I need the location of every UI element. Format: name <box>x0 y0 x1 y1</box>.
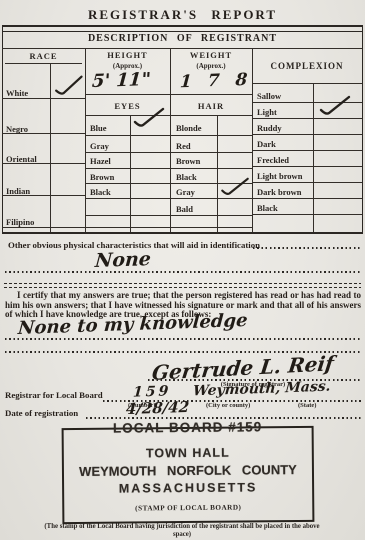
gridline <box>252 134 362 135</box>
gridline <box>85 198 252 199</box>
gridline <box>85 168 252 169</box>
gridline <box>85 135 252 136</box>
eyes-option-hazel: Hazel <box>90 156 111 166</box>
hair-header: HAIR <box>170 101 252 111</box>
gridline <box>2 227 252 228</box>
gridline <box>252 214 362 215</box>
hair-gray-checkmark-icon <box>220 177 250 197</box>
gridline <box>170 48 171 232</box>
gridline <box>85 48 86 232</box>
eyes-option-black: Black <box>90 187 111 197</box>
dashed-divider <box>4 283 361 284</box>
page-title: REGISTRAR'S REPORT <box>0 7 365 23</box>
weight-header-label: WEIGHT <box>190 50 232 60</box>
registrar-report-page: REGISTRAR'S REPORT DESCRIPTION OF REGIST… <box>0 0 365 540</box>
complexion-option-light-brown: Light brown <box>257 171 302 181</box>
registrar-board-label: Registrar for Local Board <box>5 390 103 400</box>
dotted-leader <box>253 247 361 249</box>
dotted-line <box>5 338 361 340</box>
race-option-oriental: Oriental <box>6 154 37 164</box>
complexion-option-dark: Dark <box>257 139 276 149</box>
hair-option-gray: Gray <box>176 187 195 197</box>
race-option-white: White <box>6 88 28 98</box>
dotted-line <box>5 271 361 273</box>
hair-option-black: Black <box>176 172 197 182</box>
eyes-blue-checkmark-icon <box>133 107 165 129</box>
height-value: 5' 11" <box>91 69 151 92</box>
height-header: HEIGHT (Approx.) <box>85 50 170 70</box>
gridline <box>5 63 82 64</box>
gridline <box>85 115 252 116</box>
state-caption: (State) <box>298 402 316 409</box>
complexion-option-black: Black <box>257 203 278 213</box>
race-option-filipino: Filipino <box>6 217 34 227</box>
local-board-stamp: LOCAL BOARD #159 TOWN HALL WEYMOUTH NORF… <box>62 426 315 524</box>
complexion-option-ruddy: Ruddy <box>257 123 282 133</box>
section-header: DESCRIPTION OF REGISTRANT <box>0 33 365 44</box>
hair-option-brown: Brown <box>176 156 200 166</box>
eyes-option-blue: Blue <box>90 123 107 133</box>
complexion-option-sallow: Sallow <box>257 91 281 101</box>
race-header: RACE <box>2 51 85 61</box>
hair-option-blonde: Blonde <box>176 123 202 133</box>
gridline <box>2 48 362 49</box>
eyes-option-brown: Brown <box>90 172 114 182</box>
race-option-negro: Negro <box>6 124 28 134</box>
hair-option-red: Red <box>176 141 191 151</box>
date-of-registration-label: Date of registration <box>5 408 78 418</box>
stamp-caption: (STAMP OF LOCAL BOARD) <box>64 503 312 513</box>
stamp-footnote: (The stamp of the Local Board having jur… <box>42 523 322 539</box>
gridline <box>313 83 314 232</box>
gridline <box>252 83 362 84</box>
city-caption: (City or county) <box>206 402 250 409</box>
gridline <box>85 215 252 216</box>
complexion-header: COMPLEXION <box>252 61 362 71</box>
weight-value: 1 7 8 <box>179 70 253 93</box>
weight-header: WEIGHT (Approx.) <box>170 50 252 70</box>
stamp-state-line: MASSACHUSETTS <box>64 480 312 496</box>
stamp-hall-line: TOWN HALL <box>64 445 312 461</box>
gridline <box>85 94 252 95</box>
date-of-registration-value: 4/28/42 <box>125 398 189 418</box>
eyes-option-gray: Gray <box>90 141 109 151</box>
complexion-light-checkmark-icon <box>318 95 352 117</box>
race-white-checkmark-icon <box>53 73 85 99</box>
stamp-board-line: LOCAL BOARD #159 <box>64 419 312 436</box>
hair-option-bald: Bald <box>176 204 193 214</box>
gridline <box>2 98 85 99</box>
gridline <box>252 118 362 119</box>
gridline <box>252 182 362 183</box>
complexion-option-light: Light <box>257 107 277 117</box>
gridline <box>85 152 252 153</box>
board-city-value: Weymouth, Mass. <box>192 379 331 400</box>
stamp-county-line: WEYMOUTH NORFOLK COUNTY <box>64 462 312 479</box>
gridline <box>252 198 362 199</box>
gridline <box>50 63 51 232</box>
complexion-option-dark-brown: Dark brown <box>257 187 301 197</box>
weight-subheader: (Approx.) <box>196 62 225 70</box>
other-characteristics-value: None <box>94 248 151 272</box>
gridline <box>252 166 362 167</box>
race-option-indian: Indian <box>6 186 30 196</box>
height-header-label: HEIGHT <box>107 50 147 60</box>
dashed-divider <box>4 287 361 288</box>
gridline <box>252 150 362 151</box>
complexion-option-freckled: Freckled <box>257 155 289 165</box>
